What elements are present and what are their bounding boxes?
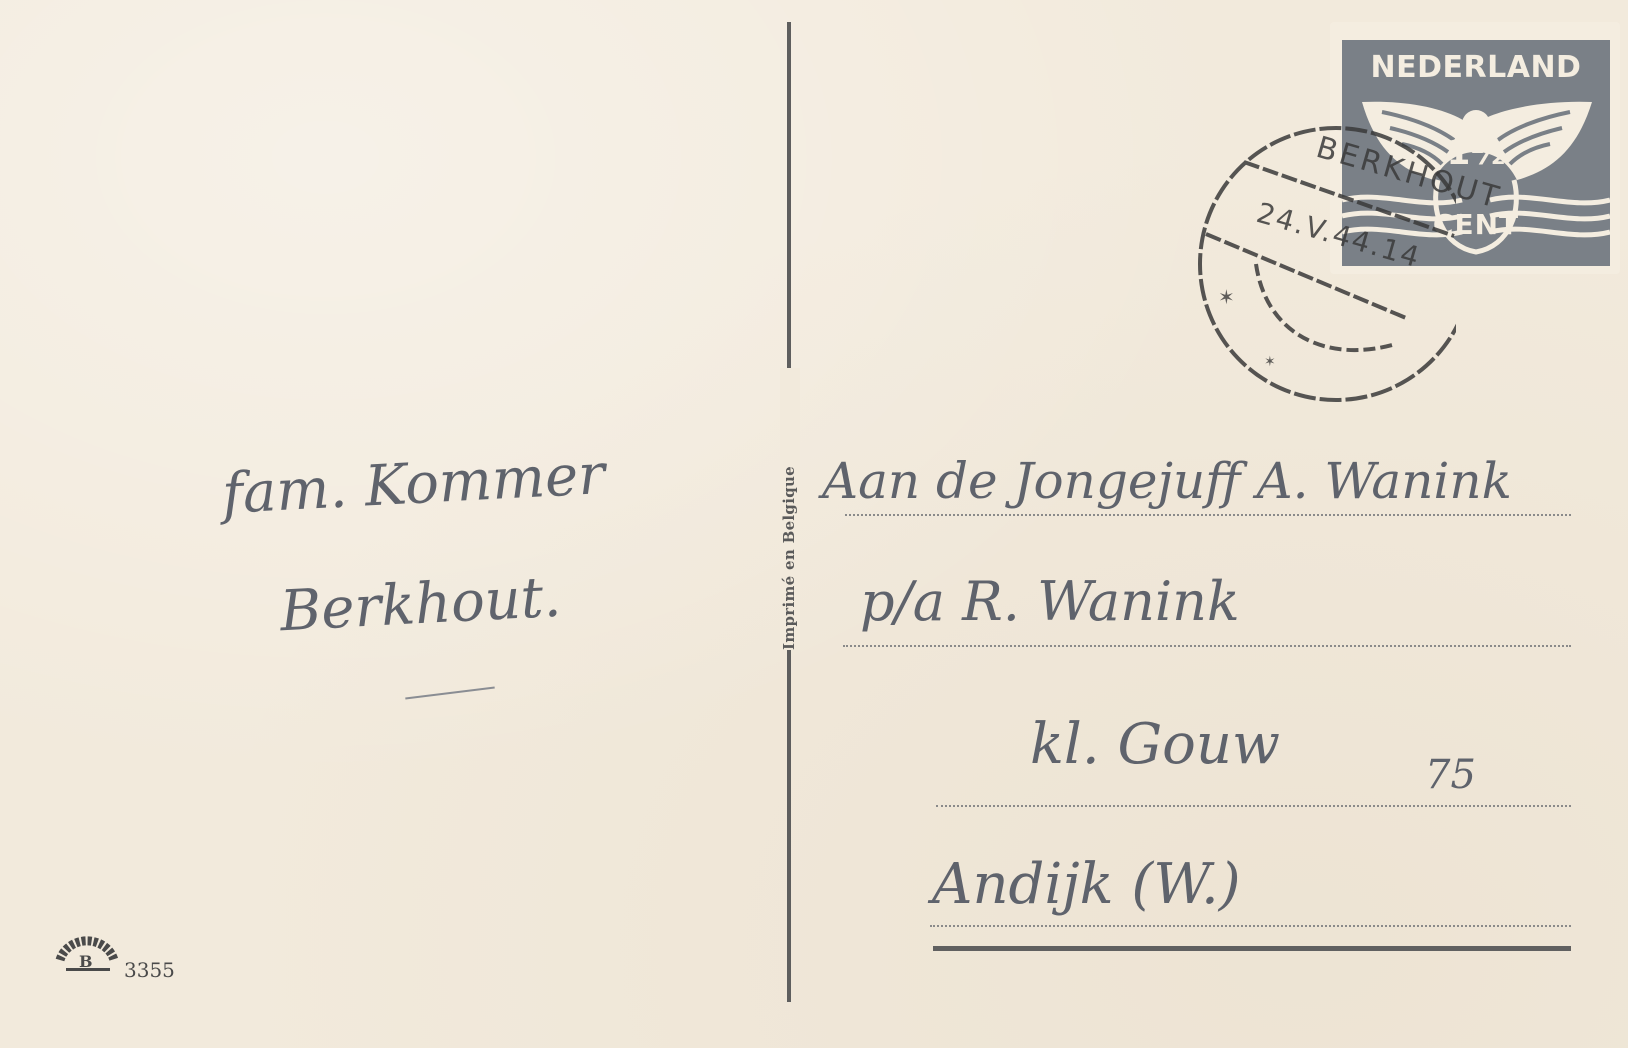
printed-origin-text: Imprimé en Belgique	[780, 466, 798, 650]
address-care-of: p/a R. Wanink	[860, 570, 1240, 633]
address-dotted-line-4	[930, 925, 1571, 927]
svg-text:✶: ✶	[1264, 354, 1276, 370]
address-recipient: Aan de Jongejuff A. Wanink	[822, 452, 1512, 510]
address-dotted-line-3	[936, 805, 1571, 807]
card-number: 3355	[124, 958, 175, 982]
sender-name: fam. Kommer	[221, 442, 607, 527]
address-dotted-line-1	[845, 514, 1571, 516]
address-solid-rule	[933, 946, 1571, 951]
sender-town: Berkhout.	[278, 565, 562, 645]
publisher-logo-icon: B	[52, 922, 122, 972]
address-street: kl. Gouw	[1030, 712, 1280, 777]
svg-text:✶: ✶	[1218, 285, 1235, 309]
address-house-number: 75	[1425, 752, 1476, 798]
stamp-country: NEDERLAND	[1342, 50, 1610, 85]
sender-underline	[405, 687, 495, 700]
address-dotted-line-2	[843, 645, 1571, 647]
address-city: Andijk (W.)	[932, 852, 1241, 917]
postcard: Imprimé en Belgique fam. Kommer Berkhout…	[0, 0, 1628, 1048]
